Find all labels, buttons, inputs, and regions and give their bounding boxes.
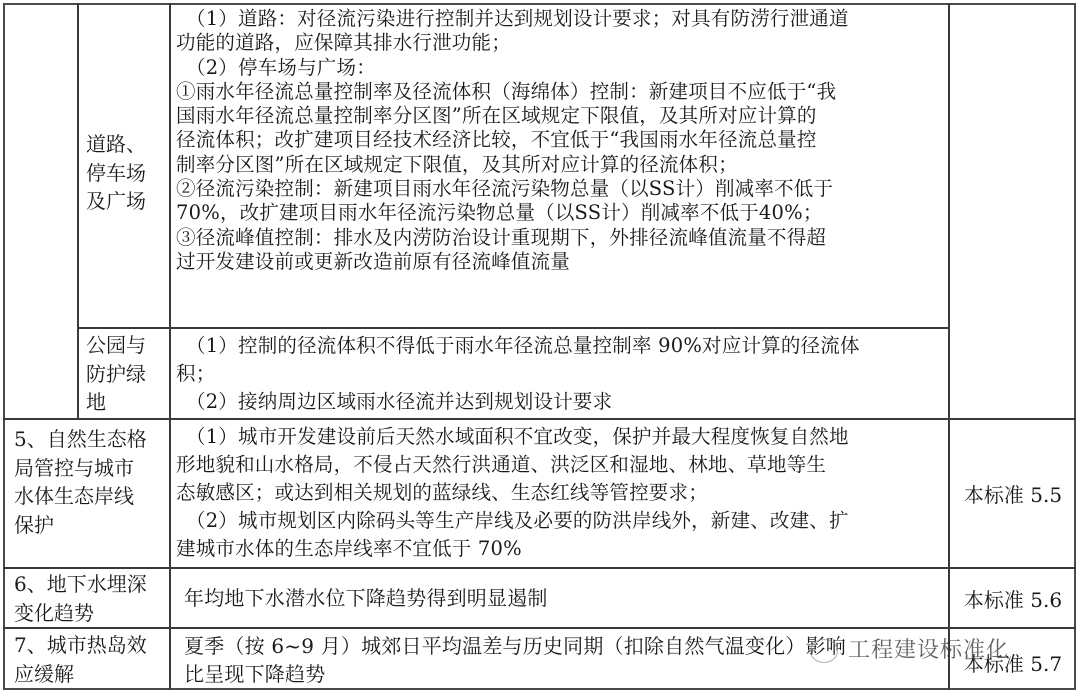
content-line: 功能的道路，应保障其排水行泄功能； bbox=[176, 31, 946, 55]
content-line: （2）接纳周边区域雨水径流并达到规划设计要求 bbox=[176, 388, 946, 416]
subcategory-label: 及广场 bbox=[86, 187, 168, 216]
watermark: 工程建设标准化 bbox=[810, 633, 1009, 664]
content-line: （2）城市规划区内除码头等生产岸线及必要的防洪岸线外，新建、改建、扩 bbox=[176, 507, 946, 535]
divider bbox=[77, 327, 949, 329]
content-line: 径流体积；改扩建项目经技术经济比较，不宜低于“我国雨水年径流总量控 bbox=[176, 128, 946, 152]
content-line: ①雨水年径流总量控制率及径流体积（海绵体）控制：新建项目不应低于“我 bbox=[176, 80, 946, 104]
category-label: 水体生态岸线 bbox=[14, 482, 169, 511]
reference-cell: 本标准 5.5 bbox=[950, 420, 1076, 567]
content-cell: 年均地下水潜水位下降趋势得到明显遏制 bbox=[184, 569, 944, 627]
watermark-text: 工程建设标准化 bbox=[848, 638, 1009, 663]
subcategory-cell: 道路、 停车场 及广场 bbox=[86, 130, 168, 216]
content-line: 过开发建设前或更新改造前原有径流峰值流量 bbox=[176, 250, 946, 274]
content-line: 年均地下水潜水位下降趋势得到明显遏制 bbox=[184, 586, 548, 610]
content-line: 制率分区图”所在区域规定下限值，及其所对应计算的径流体积； bbox=[176, 153, 946, 177]
category-label: 局管控与城市 bbox=[14, 454, 169, 483]
content-cell: （1）控制的径流体积不得低于雨水年径流总量控制率 90%对应计算的径流体 积； … bbox=[176, 332, 946, 416]
divider bbox=[3, 627, 1076, 629]
content-line: ③径流峰值控制：排水及内涝防治设计重现期下，外排径流峰值流量不得超 bbox=[176, 226, 946, 250]
divider bbox=[169, 3, 171, 690]
content-line: 70%，改扩建项目雨水年径流污染物总量（以SS计）削减率不低于40%； bbox=[176, 201, 946, 225]
subcategory-label: 公园与 bbox=[86, 331, 168, 360]
divider bbox=[3, 418, 1076, 420]
wechat-icon bbox=[810, 639, 838, 663]
content-line: （1）控制的径流体积不得低于雨水年径流总量控制率 90%对应计算的径流体 bbox=[176, 332, 946, 360]
divider bbox=[77, 3, 79, 419]
content-line: （1）道路：对径流污染进行控制并达到规划设计要求；对具有防涝行泄通道 bbox=[176, 7, 946, 31]
reference-text: 本标准 5.5 bbox=[964, 479, 1062, 508]
category-label: 保护 bbox=[14, 511, 169, 540]
content-line: ②径流污染控制：新建项目雨水年径流污染物总量（以SS计）削减率不低于 bbox=[176, 177, 946, 201]
content-line: 建城市水体的生态岸线率不宜低于 70% bbox=[176, 535, 946, 563]
reference-text: 本标准 5.6 bbox=[964, 584, 1062, 613]
subcategory-label: 道路、 bbox=[86, 130, 168, 159]
content-line: 态敏感区；或达到相关规划的蓝绿线、生态红线等管控要求； bbox=[176, 479, 946, 507]
category-cell: 5、自然生态格 局管控与城市 水体生态岸线 保护 bbox=[14, 425, 169, 539]
content-line: （2）停车场与广场： bbox=[176, 56, 946, 80]
subcategory-cell: 公园与 防护绿 地 bbox=[86, 331, 168, 417]
subcategory-label: 防护绿 bbox=[86, 360, 168, 389]
content-line: 国雨水年径流总量控制率分区图”所在区域规定下限值，及其所对应计算的 bbox=[176, 104, 946, 128]
content-line: 积； bbox=[176, 360, 946, 388]
category-label: 5、自然生态格 bbox=[14, 425, 169, 454]
subcategory-label: 地 bbox=[86, 388, 168, 417]
content-line: （1）城市开发建设前后天然水域面积不宜改变，保护并最大程度恢复自然地 bbox=[176, 423, 946, 451]
category-label: 变化趋势 bbox=[14, 599, 169, 628]
reference-cell: 本标准 5.6 bbox=[950, 569, 1076, 627]
content-cell: （1）城市开发建设前后天然水域面积不宜改变，保护并最大程度恢复自然地 形地貌和山… bbox=[176, 423, 946, 563]
category-label: 应缓解 bbox=[14, 660, 169, 689]
content-cell: （1）道路：对径流污染进行控制并达到规划设计要求；对具有防涝行泄通道 功能的道路… bbox=[176, 7, 946, 274]
content-line: 形地貌和山水格局，不侵占天然行洪通道、洪泛区和湿地、林地、草地等生 bbox=[176, 451, 946, 479]
category-cell: 6、地下水埋深 变化趋势 bbox=[14, 570, 169, 627]
category-label: 6、地下水埋深 bbox=[14, 570, 169, 599]
category-cell: 7、城市热岛效 应缓解 bbox=[14, 631, 169, 688]
subcategory-label: 停车场 bbox=[86, 159, 168, 188]
content-line: 比呈现下降趋势 bbox=[184, 660, 944, 688]
category-label: 7、城市热岛效 bbox=[14, 631, 169, 660]
